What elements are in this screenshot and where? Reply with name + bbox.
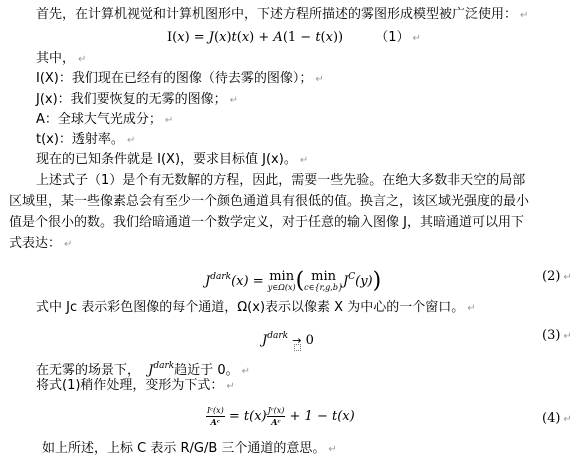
- equation-number: （1）: [375, 30, 409, 45]
- numerator: Jᶜ(x): [267, 406, 286, 417]
- eq4-part: + 1 − t(x): [285, 409, 354, 424]
- paragraph-text: 趋近于 0。: [174, 363, 238, 378]
- min-label: min: [304, 271, 343, 282]
- min-subscript: y∈Ω(x): [268, 282, 296, 293]
- eq3-superscript: dark: [267, 331, 288, 341]
- eq4-part: =: [225, 409, 244, 424]
- paragraph-text: 上述式子（1）是个有无数解的方程，因此，需要一些先验。在绝大多数非天空的局部: [36, 173, 525, 188]
- definition-text: A：全球大气光成分；: [36, 112, 162, 127]
- definition-t: t(x)：透射率。↵: [36, 131, 135, 150]
- equation-number: (2): [542, 269, 560, 284]
- paragraph-known: 现在的已知条件就是 I(X)，要求目标值 J(x)。↵: [36, 151, 308, 170]
- paragraph-conclusion: 如上所述，上标 C 表示 R/G/B 三个通道的意思。↵: [42, 440, 337, 459]
- equation-number: (4): [542, 411, 560, 426]
- eq1-var: x: [326, 30, 333, 45]
- paragraph-mark: ↵: [467, 303, 475, 314]
- paragraph-text: 如上所述，上标 C 表示 R/G/B 三个通道的意思。: [42, 441, 325, 456]
- eq1-var: x: [177, 30, 184, 45]
- equation-2-number: (2)↵: [542, 268, 572, 287]
- eq2-part: (x) =: [231, 274, 268, 289]
- denominator: Aᶜ: [206, 417, 225, 427]
- min-label: min: [268, 271, 296, 282]
- paragraph-intro: 首先，在计算机视觉和计算机图形中，下述方程所描述的雾图形成模型被广泛使用：↵: [36, 6, 528, 25]
- paragraph-mark: ↵: [563, 331, 571, 342]
- eq1-part: (1 −: [283, 30, 316, 45]
- paragraph-text: 式表达：: [9, 236, 61, 251]
- paragraph-prior-line3: 值是个很小的数。我们给暗通道一个数学定义，对于任意的输入图像 J，其暗通道可以用…: [9, 214, 524, 232]
- equation-4: Iᶜ(x)Aᶜ = t(x)Jᶜ(x)Aᶜ + 1 − t(x): [206, 405, 355, 429]
- paragraph-text: 首先，在计算机视觉和计算机图形中，下述方程所描述的雾图形成模型被广泛使用：: [36, 7, 517, 22]
- eq1-part: I(: [167, 30, 177, 45]
- numerator: Iᶜ(x): [206, 406, 225, 417]
- eq3-value: 0: [306, 333, 314, 348]
- paragraph-prior-line4: 式表达：↵: [9, 235, 72, 254]
- equation-number: (3): [542, 328, 560, 343]
- paragraph-mark: ↵: [165, 115, 173, 126]
- paragraph-mark: ↵: [226, 381, 234, 392]
- eq1-part: ) =: [185, 30, 209, 45]
- eq2-superscript: dark: [210, 272, 231, 282]
- paragraph-mark: ↵: [64, 239, 72, 250]
- left-paren: (: [296, 269, 305, 294]
- eq2-part: (y): [355, 274, 373, 289]
- paragraph-prior-line1: 上述式子（1）是个有无数解的方程，因此，需要一些先验。在绝大多数非天空的局部: [36, 172, 525, 190]
- inline-superscript: dark: [153, 361, 174, 371]
- eq4-part: t(x): [244, 409, 267, 424]
- paragraph-text: 区域里，某一些像素总会有至少一个颜色通道具有很低的值。换言之，该区域光强度的最小: [9, 194, 529, 209]
- paragraph-text: 现在的已知条件就是 I(X)，要求目标值 J(x)。: [36, 152, 297, 167]
- equation-1: I(x) = J(x)t(x) + A(1 − t(x)) （1）↵: [167, 29, 421, 48]
- definition-text: I(X)：我们现在已经有的图像（待去雾的图像）；: [36, 71, 312, 86]
- denominator: Aᶜ: [267, 417, 286, 427]
- definition-text: t(x)：透射率。: [36, 132, 124, 147]
- eq1-var: A: [273, 30, 282, 45]
- paragraph-mark: ↵: [563, 414, 571, 425]
- eq1-part: )): [333, 30, 343, 45]
- paragraph-mark: ↵: [413, 33, 421, 44]
- paragraph-text: 将式(1)稍作处理，变形为下式：: [36, 378, 223, 393]
- arrow-icon: →: [292, 332, 301, 350]
- paragraph-mark: ↵: [300, 155, 308, 166]
- equation-3: Jdark → 0: [262, 327, 314, 350]
- paragraph-mark: ↵: [230, 95, 238, 106]
- paragraph-text: 在无雾的场景下，: [36, 363, 140, 378]
- paragraph-transform: 将式(1)稍作处理，变形为下式：↵: [36, 377, 235, 396]
- paragraph-mark: ↵: [315, 74, 323, 85]
- paragraph-mark: ↵: [328, 444, 336, 455]
- definition-J: J(x)：我们要恢复的无雾的图像；↵: [36, 91, 238, 110]
- paragraph-text: 其中，: [36, 51, 75, 66]
- right-paren: ): [373, 269, 382, 294]
- paragraph-mark: ↵: [563, 272, 571, 283]
- min-operator-inner: minc∈{r,g,b}: [304, 271, 343, 293]
- paragraph-text: 式中 Jc 表示彩色图像的每个通道，Ω(x)表示以像素 X 为中心的一个窗口。: [36, 300, 464, 315]
- eq1-part: +: [254, 30, 273, 45]
- paragraph-prior-line2: 区域里，某一些像素总会有至少一个颜色通道具有很低的值。换言之，该区域光强度的最小: [9, 193, 529, 211]
- definition-A: A：全球大气光成分；↵: [36, 111, 173, 130]
- min-subscript: c∈{r,g,b}: [304, 282, 343, 293]
- paragraph-channel-desc: 式中 Jc 表示彩色图像的每个通道，Ω(x)表示以像素 X 为中心的一个窗口。↵: [36, 299, 476, 318]
- min-operator-outer: miny∈Ω(x): [268, 271, 296, 293]
- equation-3-number: (3)↵: [542, 327, 572, 346]
- definition-I: I(X)：我们现在已经有的图像（待去雾的图像）；↵: [36, 70, 324, 89]
- definition-text: J(x)：我们要恢复的无雾的图像；: [36, 92, 227, 107]
- paragraph-mark: ↵: [78, 54, 86, 65]
- placeholder-box: [294, 344, 301, 351]
- paragraph-mark: ↵: [242, 366, 250, 377]
- paragraph-mark: ↵: [520, 10, 528, 21]
- fraction-1: Iᶜ(x)Aᶜ: [206, 406, 225, 427]
- paragraph-mark: ↵: [127, 135, 135, 146]
- paragraph-where: 其中，↵: [36, 50, 86, 69]
- equation-2: Jdark(x) = miny∈Ω(x)(minc∈{r,g,b}JC(y)): [205, 264, 381, 295]
- paragraph-text: 值是个很小的数。我们给暗通道一个数学定义，对于任意的输入图像 J，其暗通道可以用…: [9, 215, 524, 230]
- equation-4-number: (4)↵: [542, 410, 572, 429]
- fraction-2: Jᶜ(x)Aᶜ: [267, 406, 286, 427]
